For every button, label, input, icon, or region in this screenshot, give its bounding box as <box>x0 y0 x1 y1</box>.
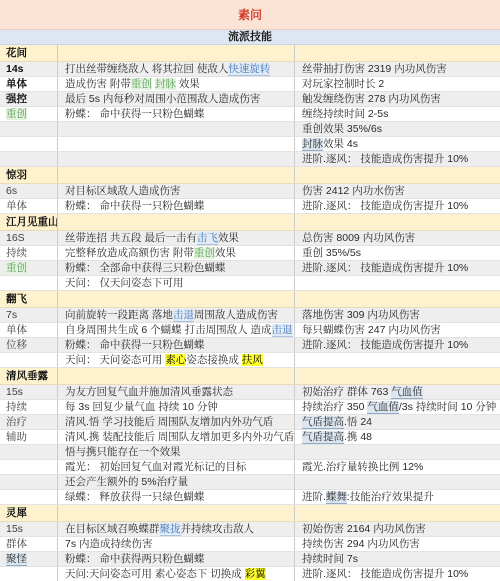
text-segment: 14s <box>6 63 24 75</box>
text-segment: .携 48 <box>344 431 372 443</box>
table-row: 持续完整释放造成高额伤害 附带重创效果重创 35%/5s <box>0 246 500 261</box>
table-row: 单体粉蝶： 命中获得一只粉色蝴蝶进阶.逐风： 技能造成伤害提升 10% <box>0 199 500 214</box>
text-segment: 粉蝶： 命中获得一只粉色蝴蝶 <box>65 339 204 351</box>
skill-stat-cell[interactable] <box>295 475 500 489</box>
text-segment: 向前旋转一段距离 落地 <box>65 309 173 321</box>
section-title: 惊羽 <box>0 167 58 183</box>
skill-stat-cell[interactable]: 丝带抽打伤害 2319 内功风伤害 <box>295 62 500 76</box>
text-segment: 对目标区域敌人造成伤害 <box>65 185 181 197</box>
debuff-term: 重创 <box>6 108 27 120</box>
table-row: 强控最后 5s 内每秒对周围小范围敌人造成伤害触发缠绕伤害 278 内功风伤害 <box>0 92 500 107</box>
text-segment: 触发缠绕伤害 278 内功风伤害 <box>302 93 441 105</box>
skill-tag-cell[interactable]: 14s <box>0 62 58 76</box>
skill-desc-cell[interactable]: 完整释放造成高额伤害 附带重创效果 <box>58 246 295 260</box>
text-segment: 姿态接换成 <box>186 354 241 366</box>
table-row: 聚怪粉蝶： 命中获得两只粉色蝴蝶持续时间 7s <box>0 552 500 567</box>
text-segment: 初始伤害 2164 内功风伤害 <box>302 523 426 535</box>
text-segment: 持续 <box>6 247 27 259</box>
skill-tag-cell[interactable]: 单体 <box>0 199 58 213</box>
text-segment: 重创效果 35%/6s <box>302 123 382 135</box>
text-segment: 6s <box>6 185 17 197</box>
skill-desc-cell[interactable]: 在目标区域召唤蝶群聚拢并持续攻击敌人 <box>58 522 295 536</box>
skill-tag-cell[interactable]: 15s <box>0 522 58 536</box>
text-segment: 效果 4s <box>323 138 358 150</box>
section-header[interactable]: 灵犀 <box>0 505 500 522</box>
text-segment: 持续 <box>6 401 27 413</box>
text-segment: 粉蝶： 命中获得两只粉色蝴蝶 <box>65 553 204 565</box>
table-row: 封脉效果 4s <box>0 137 500 152</box>
section-title: 花间 <box>0 45 58 61</box>
skill-desc-cell[interactable]: 天问:天问姿态可用 素心姿态下 切换成 彩翼 <box>58 567 295 581</box>
text-segment: 进阶.逐风： 技能造成伤害提升 10% <box>302 153 468 165</box>
text-segment: 缠绕持续时间 2-5s <box>302 108 388 120</box>
text-segment: 并持续攻击敌人 <box>181 523 255 535</box>
skill-desc-cell[interactable]: 造成伤害 附带重创 封脉 效果 <box>58 77 295 91</box>
text-segment: 初始治疗 群体 763 <box>302 386 391 398</box>
skill-sheet: 素问 流派技能 花间14s打出丝带缠绕敌人 将其拉回 使敌人快速旋转丝带抽打伤害… <box>0 0 500 581</box>
skill-stat-cell[interactable]: 封脉效果 4s <box>295 137 500 151</box>
tooltip-term[interactable]: 气血值 <box>367 401 399 414</box>
text-segment: 丝带连招 共五段 最后一击有 <box>65 232 197 244</box>
table-row: 治疗清风.悟 学习技能后 周围队友增加内外功气盾气盾提高.悟 24 <box>0 415 500 430</box>
skill-stat-cell[interactable]: 霞光.治疗量转换比例 12% <box>295 460 500 474</box>
section-spacer <box>58 368 295 384</box>
skill-tag-cell[interactable]: 位移 <box>0 338 58 352</box>
tooltip-term[interactable]: 气血值 <box>391 386 423 399</box>
skill-stat-cell[interactable]: 重创效果 35%/6s <box>295 122 500 136</box>
section-title: 江月见重山 <box>0 214 58 230</box>
skill-stat-cell[interactable]: 气盾提高.悟 24 <box>295 415 500 429</box>
table-row: 16S丝带连招 共五段 最后一击有击飞效果总伤害 8009 内功风伤害 <box>0 231 500 246</box>
skill-desc-cell[interactable]: 丝带连招 共五段 最后一击有击飞效果 <box>58 231 295 245</box>
text-segment: 15s <box>6 523 23 535</box>
text-segment: 强控 <box>6 93 27 105</box>
skill-tag-cell[interactable]: 持续 <box>0 400 58 414</box>
section-spacer <box>58 167 295 183</box>
skill-desc-cell[interactable]: 打出丝带缠绕敌人 将其拉回 使敌人快速旋转 <box>58 62 295 76</box>
text-segment: 霞光： 初始回复气血对霞光标记的目标 <box>65 461 246 473</box>
skill-tag-cell[interactable]: 治疗 <box>0 415 58 429</box>
highlighted-term: 扶风 <box>242 354 263 366</box>
text-segment: 15s <box>6 386 23 398</box>
text-segment: 进阶.逐风： 技能造成伤害提升 10% <box>302 262 468 274</box>
skill-desc-cell[interactable]: 粉蝶： 命中获得一只粉色蝴蝶 <box>58 199 295 213</box>
skill-tag-cell[interactable] <box>0 137 58 151</box>
section-spacer <box>295 505 500 521</box>
text-segment: 7s 内造成持续伤害 <box>65 538 153 550</box>
skill-stat-cell[interactable]: 持续治疗 350 气血值/3s 持续时间 10 分钟 <box>295 400 500 414</box>
skill-tag-cell[interactable]: 16S <box>0 231 58 245</box>
text-segment: 清风.悟 学习技能后 周围队友增加内外功气盾 <box>65 416 273 428</box>
table-subtitle: 流派技能 <box>0 30 500 45</box>
debuff-term: 封脉 <box>155 78 176 90</box>
table-row: 15s为友方回复气血并施加清风垂露状态初始治疗 群体 763 气血值 <box>0 385 500 400</box>
table-row: 位移粉蝶： 命中获得一只粉色蝴蝶进阶.逐风： 技能造成伤害提升 10% <box>0 338 500 353</box>
page-title: 素问 <box>0 0 500 30</box>
text-segment: 辅助 <box>6 431 27 443</box>
skill-desc-cell[interactable]: 对目标区域敌人造成伤害 <box>58 184 295 198</box>
skill-stat-cell[interactable]: 总伤害 8009 内功风伤害 <box>295 231 500 245</box>
text-segment: 清风.携 装配技能后 周围队友增加更多内外功气盾 <box>65 431 294 443</box>
link-term[interactable]: 击飞 <box>197 232 218 245</box>
debuff-term: 重创 <box>194 247 215 259</box>
section-spacer <box>295 368 500 384</box>
skill-tag-cell[interactable] <box>0 475 58 489</box>
section-spacer <box>295 291 500 307</box>
skill-tag-cell[interactable]: 聚怪 <box>0 552 58 566</box>
text-segment: 造成伤害 附带 <box>65 78 131 90</box>
text-segment: 粉蝶： 命中获得一只粉色蝴蝶 <box>65 200 204 212</box>
section-header[interactable]: 清风垂露 <box>0 368 500 385</box>
skill-desc-cell[interactable]: 向前旋转一段距离 落地击退周围敌人造成伤害 <box>58 308 295 322</box>
skill-desc-cell[interactable] <box>58 137 295 151</box>
skill-stat-cell[interactable]: 重创 35%/5s <box>295 246 500 260</box>
table-row: 14s打出丝带缠绕敌人 将其拉回 使敌人快速旋转丝带抽打伤害 2319 内功风伤… <box>0 62 500 77</box>
skill-tag-cell[interactable] <box>0 353 58 367</box>
text-segment: :技能治疗效果提升 <box>347 491 434 503</box>
table-row: 群体7s 内造成持续伤害持续伤害 294 内功风伤害 <box>0 537 500 552</box>
link-term[interactable]: 聚拢 <box>160 523 181 536</box>
section-header[interactable]: 花间 <box>0 45 500 62</box>
text-segment: 还会产生额外的 5%治疗量 <box>65 476 188 488</box>
text-segment: 每只蝴蝶伤害 247 内功风伤害 <box>302 324 441 336</box>
text-segment: 位移 <box>6 339 27 351</box>
tooltip-term[interactable]: 气盾提高 <box>302 431 344 444</box>
skill-desc-cell[interactable]: 还会产生额外的 5%治疗量 <box>58 475 295 489</box>
table-row: 悟与携只能存在一个效果 <box>0 445 500 460</box>
text-segment: 进阶.逐风： 技能造成伤害提升 10% <box>302 339 468 351</box>
text-segment: .悟 24 <box>344 416 372 428</box>
section-spacer <box>58 45 295 61</box>
skill-stat-cell[interactable]: 触发缠绕伤害 278 内功风伤害 <box>295 92 500 106</box>
table-row: 进阶.逐风： 技能造成伤害提升 10% <box>0 152 500 167</box>
skill-desc-cell[interactable]: 粉蝶： 命中获得一只粉色蝴蝶 <box>58 107 295 121</box>
text-segment: 群体 <box>6 538 27 550</box>
skill-stat-cell[interactable]: 初始伤害 2164 内功风伤害 <box>295 522 500 536</box>
section-spacer <box>58 505 295 521</box>
skill-stat-cell[interactable]: 气盾提高.携 48 <box>295 430 500 444</box>
link-term[interactable]: 击退 <box>173 309 194 322</box>
skill-tag-cell[interactable] <box>0 152 58 166</box>
text-segment: 最后 5s 内每秒对周围小范围敌人造成伤害 <box>65 93 260 105</box>
text-segment: 完整释放造成高额伤害 附带 <box>65 247 194 259</box>
text-segment: 持续伤害 294 内功风伤害 <box>302 538 420 550</box>
skill-stat-cell[interactable]: 伤害 2412 内功水伤害 <box>295 184 500 198</box>
skill-stat-cell[interactable] <box>295 353 500 367</box>
skill-desc-cell[interactable]: 天问： 仅天问姿态下可用 <box>58 276 295 290</box>
skill-tag-cell[interactable] <box>0 460 58 474</box>
section-spacer <box>295 167 500 183</box>
skill-desc-cell[interactable]: 清风.悟 学习技能后 周围队友增加内外功气盾 <box>58 415 295 429</box>
text-segment: 进阶.逐风： 技能造成伤害提升 10% <box>302 568 468 580</box>
text-segment: 绿蝶： 释放获得一只绿色蝴蝶 <box>65 491 204 503</box>
skill-tag-cell[interactable]: 7s <box>0 308 58 322</box>
text-segment: 单体 <box>6 200 27 212</box>
text-segment: 进阶.逐风： 技能造成伤害提升 10% <box>302 200 468 212</box>
table-row: 单体自身周围共生成 6 个蝴蝶 打击周围敌人 造成击退每只蝴蝶伤害 247 内功… <box>0 323 500 338</box>
table-row: 单体造成伤害 附带重创 封脉 效果对玩家控制时长 2 <box>0 77 500 92</box>
skill-tag-cell[interactable] <box>0 122 58 136</box>
text-segment: 治疗 <box>6 416 27 428</box>
skill-stat-cell[interactable]: 落地伤害 309 内功风伤害 <box>295 308 500 322</box>
skill-tag-cell[interactable] <box>0 276 58 290</box>
link-term[interactable]: 击退 <box>272 324 293 337</box>
text-segment: 每 3s 回复少量气血 持续 10 分钟 <box>65 401 218 413</box>
skill-tag-cell[interactable] <box>0 567 58 581</box>
skill-tag-cell[interactable] <box>0 445 58 459</box>
skill-tag-cell[interactable] <box>0 490 58 504</box>
skill-desc-cell[interactable]: 天问： 天问姿态可用 素心姿态接换成 扶风 <box>58 353 295 367</box>
skill-stat-cell[interactable]: 进阶.逐风： 技能造成伤害提升 10% <box>295 199 500 213</box>
text-segment: 16S <box>6 232 25 244</box>
section-spacer <box>295 214 500 230</box>
skill-desc-cell[interactable]: 自身周围共生成 6 个蝴蝶 打击周围敌人 造成击退 <box>58 323 295 337</box>
table-row: 辅助清风.携 装配技能后 周围队友增加更多内外功气盾气盾提高.携 48 <box>0 430 500 445</box>
skill-desc-cell[interactable] <box>58 122 295 136</box>
text-segment: 周围敌人造成伤害 <box>194 309 278 321</box>
debuff-term: 重创 <box>131 78 152 90</box>
tooltip-term[interactable]: 聚怪 <box>6 553 27 566</box>
section-header[interactable]: 江月见重山 <box>0 214 500 231</box>
skill-stat-cell[interactable]: 进阶.逐风： 技能造成伤害提升 10% <box>295 567 500 581</box>
section-title: 翻飞 <box>0 291 58 307</box>
text-segment: 7s <box>6 309 17 321</box>
skill-desc-cell[interactable]: 霞光： 初始回复气血对霞光标记的目标 <box>58 460 295 474</box>
text-segment: 粉蝶： 全部命中获得三只粉色蝴蝶 <box>65 262 225 274</box>
skill-tag-cell[interactable]: 辅助 <box>0 430 58 444</box>
skill-desc-cell[interactable]: 每 3s 回复少量气血 持续 10 分钟 <box>58 400 295 414</box>
section-title: 清风垂露 <box>0 368 58 384</box>
skill-tag-cell[interactable]: 强控 <box>0 92 58 106</box>
tooltip-term[interactable]: 蝶舞 <box>326 491 347 504</box>
skill-desc-cell[interactable]: 悟与携只能存在一个效果 <box>58 445 295 459</box>
table-row: 天问： 仅天问姿态下可用 <box>0 276 500 291</box>
skill-stat-cell[interactable]: 每只蝴蝶伤害 247 内功风伤害 <box>295 323 500 337</box>
table-row: 6s对目标区域敌人造成伤害伤害 2412 内功水伤害 <box>0 184 500 199</box>
text-segment: 落地伤害 309 内功风伤害 <box>302 309 420 321</box>
highlighted-term: 素心 <box>165 354 186 366</box>
text-segment: 在目标区域召唤蝶群 <box>65 523 160 535</box>
text-segment: 进阶. <box>302 491 326 503</box>
table-row: 重创粉蝶： 命中获得一只粉色蝴蝶缠绕持续时间 2-5s <box>0 107 500 122</box>
text-segment: 悟与携只能存在一个效果 <box>65 446 181 458</box>
text-segment: 自身周围共生成 6 个蝴蝶 打击周围敌人 造成 <box>65 324 272 336</box>
text-segment: 效果 <box>218 232 239 244</box>
skill-tag-cell[interactable]: 重创 <box>0 261 58 275</box>
skill-stat-cell[interactable]: 进阶.逐风： 技能造成伤害提升 10% <box>295 261 500 275</box>
text-segment: 持续治疗 350 <box>302 401 367 413</box>
skill-tag-cell[interactable]: 持续 <box>0 246 58 260</box>
skill-desc-cell[interactable]: 粉蝶： 命中获得两只粉色蝴蝶 <box>58 552 295 566</box>
text-segment: 天问:天问姿态可用 素心姿态下 切换成 <box>65 568 245 580</box>
skill-tag-cell[interactable]: 单体 <box>0 77 58 91</box>
skill-desc-cell[interactable]: 粉蝶： 命中获得一只粉色蝴蝶 <box>58 338 295 352</box>
section-spacer <box>58 214 295 230</box>
skill-tag-cell[interactable]: 群体 <box>0 537 58 551</box>
skill-stat-cell[interactable]: 持续时间 7s <box>295 552 500 566</box>
skill-stat-cell[interactable] <box>295 276 500 290</box>
tooltip-term[interactable]: 气盾提高 <box>302 416 344 429</box>
table-row: 绿蝶： 释放获得一只绿色蝴蝶进阶.蝶舞:技能治疗效果提升 <box>0 490 500 505</box>
skill-stat-cell[interactable]: 进阶.逐风： 技能造成伤害提升 10% <box>295 338 500 352</box>
table-row: 霞光： 初始回复气血对霞光标记的目标霞光.治疗量转换比例 12% <box>0 460 500 475</box>
text-segment: 天问： 天问姿态可用 <box>65 354 165 366</box>
skill-desc-cell[interactable]: 7s 内造成持续伤害 <box>58 537 295 551</box>
skill-stat-cell[interactable]: 缠绕持续时间 2-5s <box>295 107 500 121</box>
skill-desc-cell[interactable]: 最后 5s 内每秒对周围小范围敌人造成伤害 <box>58 92 295 106</box>
skill-stat-cell[interactable]: 进阶.蝶舞:技能治疗效果提升 <box>295 490 500 504</box>
skill-tag-cell[interactable]: 15s <box>0 385 58 399</box>
text-segment: 对玩家控制时长 2 <box>302 78 384 90</box>
table-row: 重创效果 35%/6s <box>0 122 500 137</box>
skill-desc-cell[interactable]: 粉蝶： 全部命中获得三只粉色蝴蝶 <box>58 261 295 275</box>
text-segment: 持续时间 7s <box>302 553 358 565</box>
section-header[interactable]: 翻飞 <box>0 291 500 308</box>
section-title: 灵犀 <box>0 505 58 521</box>
text-segment: 伤害 2412 内功水伤害 <box>302 185 405 197</box>
text-segment: 效果 <box>215 247 236 259</box>
text-segment: 天问： 仅天问姿态下可用 <box>65 277 183 289</box>
table-row: 天问:天问姿态可用 素心姿态下 切换成 彩翼进阶.逐风： 技能造成伤害提升 10… <box>0 567 500 581</box>
skill-stat-cell[interactable] <box>295 445 500 459</box>
text-segment: 效果 <box>176 78 200 90</box>
text-segment: 单体 <box>6 78 27 90</box>
table-row: 15s在目标区域召唤蝶群聚拢并持续攻击敌人初始伤害 2164 内功风伤害 <box>0 522 500 537</box>
table-row: 持续每 3s 回复少量气血 持续 10 分钟持续治疗 350 气血值/3s 持续… <box>0 400 500 415</box>
text-segment: 重创 35%/5s <box>302 247 361 259</box>
skill-tag-cell[interactable]: 重创 <box>0 107 58 121</box>
text-segment: 为友方回复气血并施加清风垂露状态 <box>65 386 233 398</box>
skill-desc-cell[interactable]: 绿蝶： 释放获得一只绿色蝴蝶 <box>58 490 295 504</box>
section-header[interactable]: 惊羽 <box>0 167 500 184</box>
table-row: 重创粉蝶： 全部命中获得三只粉色蝴蝶进阶.逐风： 技能造成伤害提升 10% <box>0 261 500 276</box>
table-row: 还会产生额外的 5%治疗量 <box>0 475 500 490</box>
text-segment: /3s 持续时间 10 分钟 <box>399 401 496 413</box>
skill-desc-cell[interactable]: 为友方回复气血并施加清风垂露状态 <box>58 385 295 399</box>
section-spacer <box>295 45 500 61</box>
skill-desc-cell[interactable] <box>58 152 295 166</box>
text-segment: 单体 <box>6 324 27 336</box>
table-body: 花间14s打出丝带缠绕敌人 将其拉回 使敌人快速旋转丝带抽打伤害 2319 内功… <box>0 45 500 581</box>
skill-tag-cell[interactable]: 单体 <box>0 323 58 337</box>
debuff-term: 重创 <box>6 262 27 274</box>
tooltip-term[interactable]: 封脉 <box>302 138 323 151</box>
skill-stat-cell[interactable]: 对玩家控制时长 2 <box>295 77 500 91</box>
text-segment: 总伤害 8009 内功风伤害 <box>302 232 415 244</box>
highlighted-term: 彩翼 <box>245 568 266 580</box>
skill-stat-cell[interactable]: 持续伤害 294 内功风伤害 <box>295 537 500 551</box>
skill-stat-cell[interactable]: 进阶.逐风： 技能造成伤害提升 10% <box>295 152 500 166</box>
link-term[interactable]: 快速旋转 <box>228 63 270 76</box>
table-row: 天问： 天问姿态可用 素心姿态接换成 扶风 <box>0 353 500 368</box>
text-segment: 打出丝带缠绕敌人 将其拉回 使敌人 <box>65 63 228 75</box>
text-segment: 粉蝶： 命中获得一只粉色蝴蝶 <box>65 108 204 120</box>
skill-stat-cell[interactable]: 初始治疗 群体 763 气血值 <box>295 385 500 399</box>
section-spacer <box>58 291 295 307</box>
text-segment: 霞光.治疗量转换比例 12% <box>302 461 423 473</box>
skill-desc-cell[interactable]: 清风.携 装配技能后 周围队友增加更多内外功气盾 <box>58 430 295 444</box>
text-segment: 丝带抽打伤害 2319 内功风伤害 <box>302 63 447 75</box>
skill-tag-cell[interactable]: 6s <box>0 184 58 198</box>
table-row: 7s向前旋转一段距离 落地击退周围敌人造成伤害落地伤害 309 内功风伤害 <box>0 308 500 323</box>
